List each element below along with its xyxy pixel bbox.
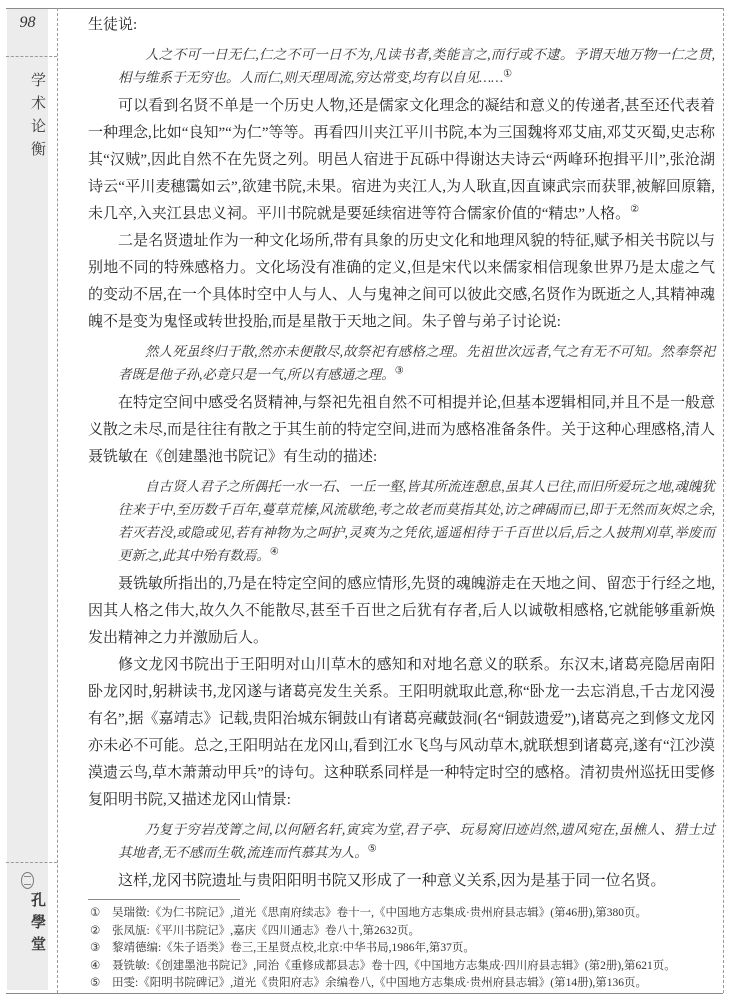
footnote-number: ①: [90, 905, 112, 923]
bottom-rule: [6, 993, 723, 994]
sidebar-divider-top: [6, 56, 57, 57]
footnote-separator: [88, 899, 240, 900]
footnote-marker: ①: [503, 69, 512, 80]
publisher-logo-text: 孔學堂: [7, 892, 48, 958]
footnote-text: 黎靖德编:《朱子语类》卷三,王星贤点校,北京:中华书局,1986年,第37页。: [112, 942, 475, 954]
paragraph-text: 聂铣敏所指出的,乃是在特定空间的感应情形,先贤的魂魄游走在天地之间、留恋于行经之…: [88, 576, 715, 646]
footnote-item: ④聂铣敏:《创建墨池书院记》,同治《重修成都县志》卷十四,《中国地方志集成·四川…: [90, 958, 720, 976]
footnote-text: 田雯:《阳明书院碑记》,道光《贵阳府志》余编卷八,《中国地方志集成·贵州府县志辑…: [112, 977, 647, 989]
body-paragraph: 二是名贤遗址作为一种文化场所,带有具象的历史文化和地理风貌的特征,赋予相关书院以…: [88, 228, 715, 336]
body-paragraph: 可以看到名贤不单是一个历史人物,还是儒家文化理念的凝结和意义的传递者,甚至还代表…: [88, 93, 715, 228]
quote-block: 乃复于穷岩茂箐之间,以何陋名轩,寅宾为堂,君子亭、玩易窝旧迹岿然,遗风宛在,虽樵…: [118, 818, 715, 864]
footnote-item: ③黎靖德编:《朱子语类》卷三,王星贤点校,北京:中华书局,1986年,第37页。: [90, 940, 720, 958]
body-paragraph: 在特定空间中感受名贤精神,与祭祀先祖自然不可相提并论,但基本逻辑相同,并且不是一…: [88, 390, 715, 471]
footnote-text: 吴瑞徵:《为仁书院记》,道光《思南府续志》卷十一,《中国地方志集成·贵州府县志辑…: [112, 907, 647, 919]
quote-text: 自古贤人君子之所偶托一水一石、一丘一壑,皆其所流连憩息,虽其人已往,而旧所爱玩之…: [118, 479, 715, 563]
paragraph-text: 修文龙冈书院出于王阳明对山川草木的感知和对地名意义的联系。东汉末,诸葛亮隐居南阳…: [88, 657, 715, 808]
footnote-marker: ②: [630, 204, 639, 215]
footnote-text: 张凤瓬:《平川书院记》,嘉庆《四川通志》卷八十,第2632页。: [112, 925, 420, 937]
sidebar-divider-bottom: [6, 862, 57, 863]
quote-text: 然人死虽终归于散,然亦未便散尽,故祭祀有感格之理。先祖世次远者,气之有无不可知。…: [118, 344, 715, 382]
body-paragraph: 修文龙冈书院出于王阳明对山川草木的感知和对地名意义的联系。东汉末,诸葛亮隐居南阳…: [88, 652, 715, 814]
main-text-column: 生徒说: 人之不可一日无仁,仁之不可一日不为,凡读书者,类能言之,而行或不逮。予…: [88, 12, 715, 895]
footnote-marker: ④: [270, 547, 279, 558]
footnote-marker: ③: [395, 366, 404, 377]
footnotes-section: ①吴瑞徵:《为仁书院记》,道光《思南府续志》卷十一,《中国地方志集成·贵州府县志…: [90, 905, 720, 993]
body-paragraph: 这样,龙冈书院遗址与贵阳阳明书院又形成了一种意义关系,因为是基于同一位名贤。: [88, 868, 715, 895]
paragraph-text: 在特定空间中感受名贤精神,与祭祀先祖自然不可相提并论,但基本逻辑相同,并且不是一…: [88, 395, 715, 465]
footnote-text: 聂铣敏:《创建墨池书院记》,同治《重修成都县志》卷十四,《中国地方志集成·四川府…: [112, 960, 676, 972]
quote-block: 人之不可一日无仁,仁之不可一日不为,凡读书者,类能言之,而行或不逮。予谓天地万物…: [118, 43, 715, 89]
footnote-number: ⑤: [90, 975, 112, 993]
quote-text: 人之不可一日无仁,仁之不可一日不为,凡读书者,类能言之,而行或不逮。予谓天地万物…: [118, 47, 715, 85]
sidebar-dashed-border: [57, 8, 58, 993]
page-number: 98: [7, 14, 48, 32]
quote-block: 自古贤人君子之所偶托一水一石、一丘一壑,皆其所流连憩息,虽其人已往,而旧所爱玩之…: [118, 475, 715, 567]
paragraph-text: 可以看到名贤不单是一个历史人物,还是儒家文化理念的凝结和意义的传递者,甚至还代表…: [88, 98, 715, 222]
footnote-item: ⑤田雯:《阳明书院碑记》,道光《贵阳府志》余编卷八,《中国地方志集成·贵州府县志…: [90, 975, 720, 993]
footnote-item: ①吴瑞徵:《为仁书院记》,道光《思南府续志》卷十一,《中国地方志集成·贵州府县志…: [90, 905, 720, 923]
sidebar-series-title: 学术论衡: [7, 72, 48, 164]
right-dashed-border: [723, 8, 724, 993]
footnote-number: ②: [90, 923, 112, 941]
seal-icon: [21, 872, 34, 889]
body-paragraph: 生徒说:: [88, 12, 715, 39]
quote-text: 乃复于穷岩茂箐之间,以何陋名轩,寅宾为堂,君子亭、玩易窝旧迹岿然,遗风宛在,虽樵…: [118, 822, 715, 860]
paragraph-text: 二是名贤遗址作为一种文化场所,带有具象的历史文化和地理风貌的特征,赋予相关书院以…: [88, 233, 715, 330]
top-rule: [6, 8, 723, 9]
body-paragraph: 聂铣敏所指出的,乃是在特定空间的感应情形,先贤的魂魄游走在天地之间、留恋于行经之…: [88, 571, 715, 652]
footnote-item: ②张凤瓬:《平川书院记》,嘉庆《四川通志》卷八十,第2632页。: [90, 923, 720, 941]
footnote-number: ③: [90, 940, 112, 958]
book-page: 98 学术论衡 孔學堂 生徒说: 人之不可一日无仁,仁之不可一日不为,凡读书者,…: [0, 0, 750, 1000]
paragraph-text: 这样,龙冈书院遗址与贵阳阳明书院又形成了一种意义关系,因为是基于同一位名贤。: [118, 873, 666, 889]
footnote-number: ④: [90, 958, 112, 976]
paragraph-text: 生徒说:: [88, 17, 137, 33]
footnote-marker: ⑤: [368, 844, 377, 855]
quote-block: 然人死虽终归于散,然亦未便散尽,故祭祀有感格之理。先祖世次远者,气之有无不可知。…: [118, 340, 715, 386]
